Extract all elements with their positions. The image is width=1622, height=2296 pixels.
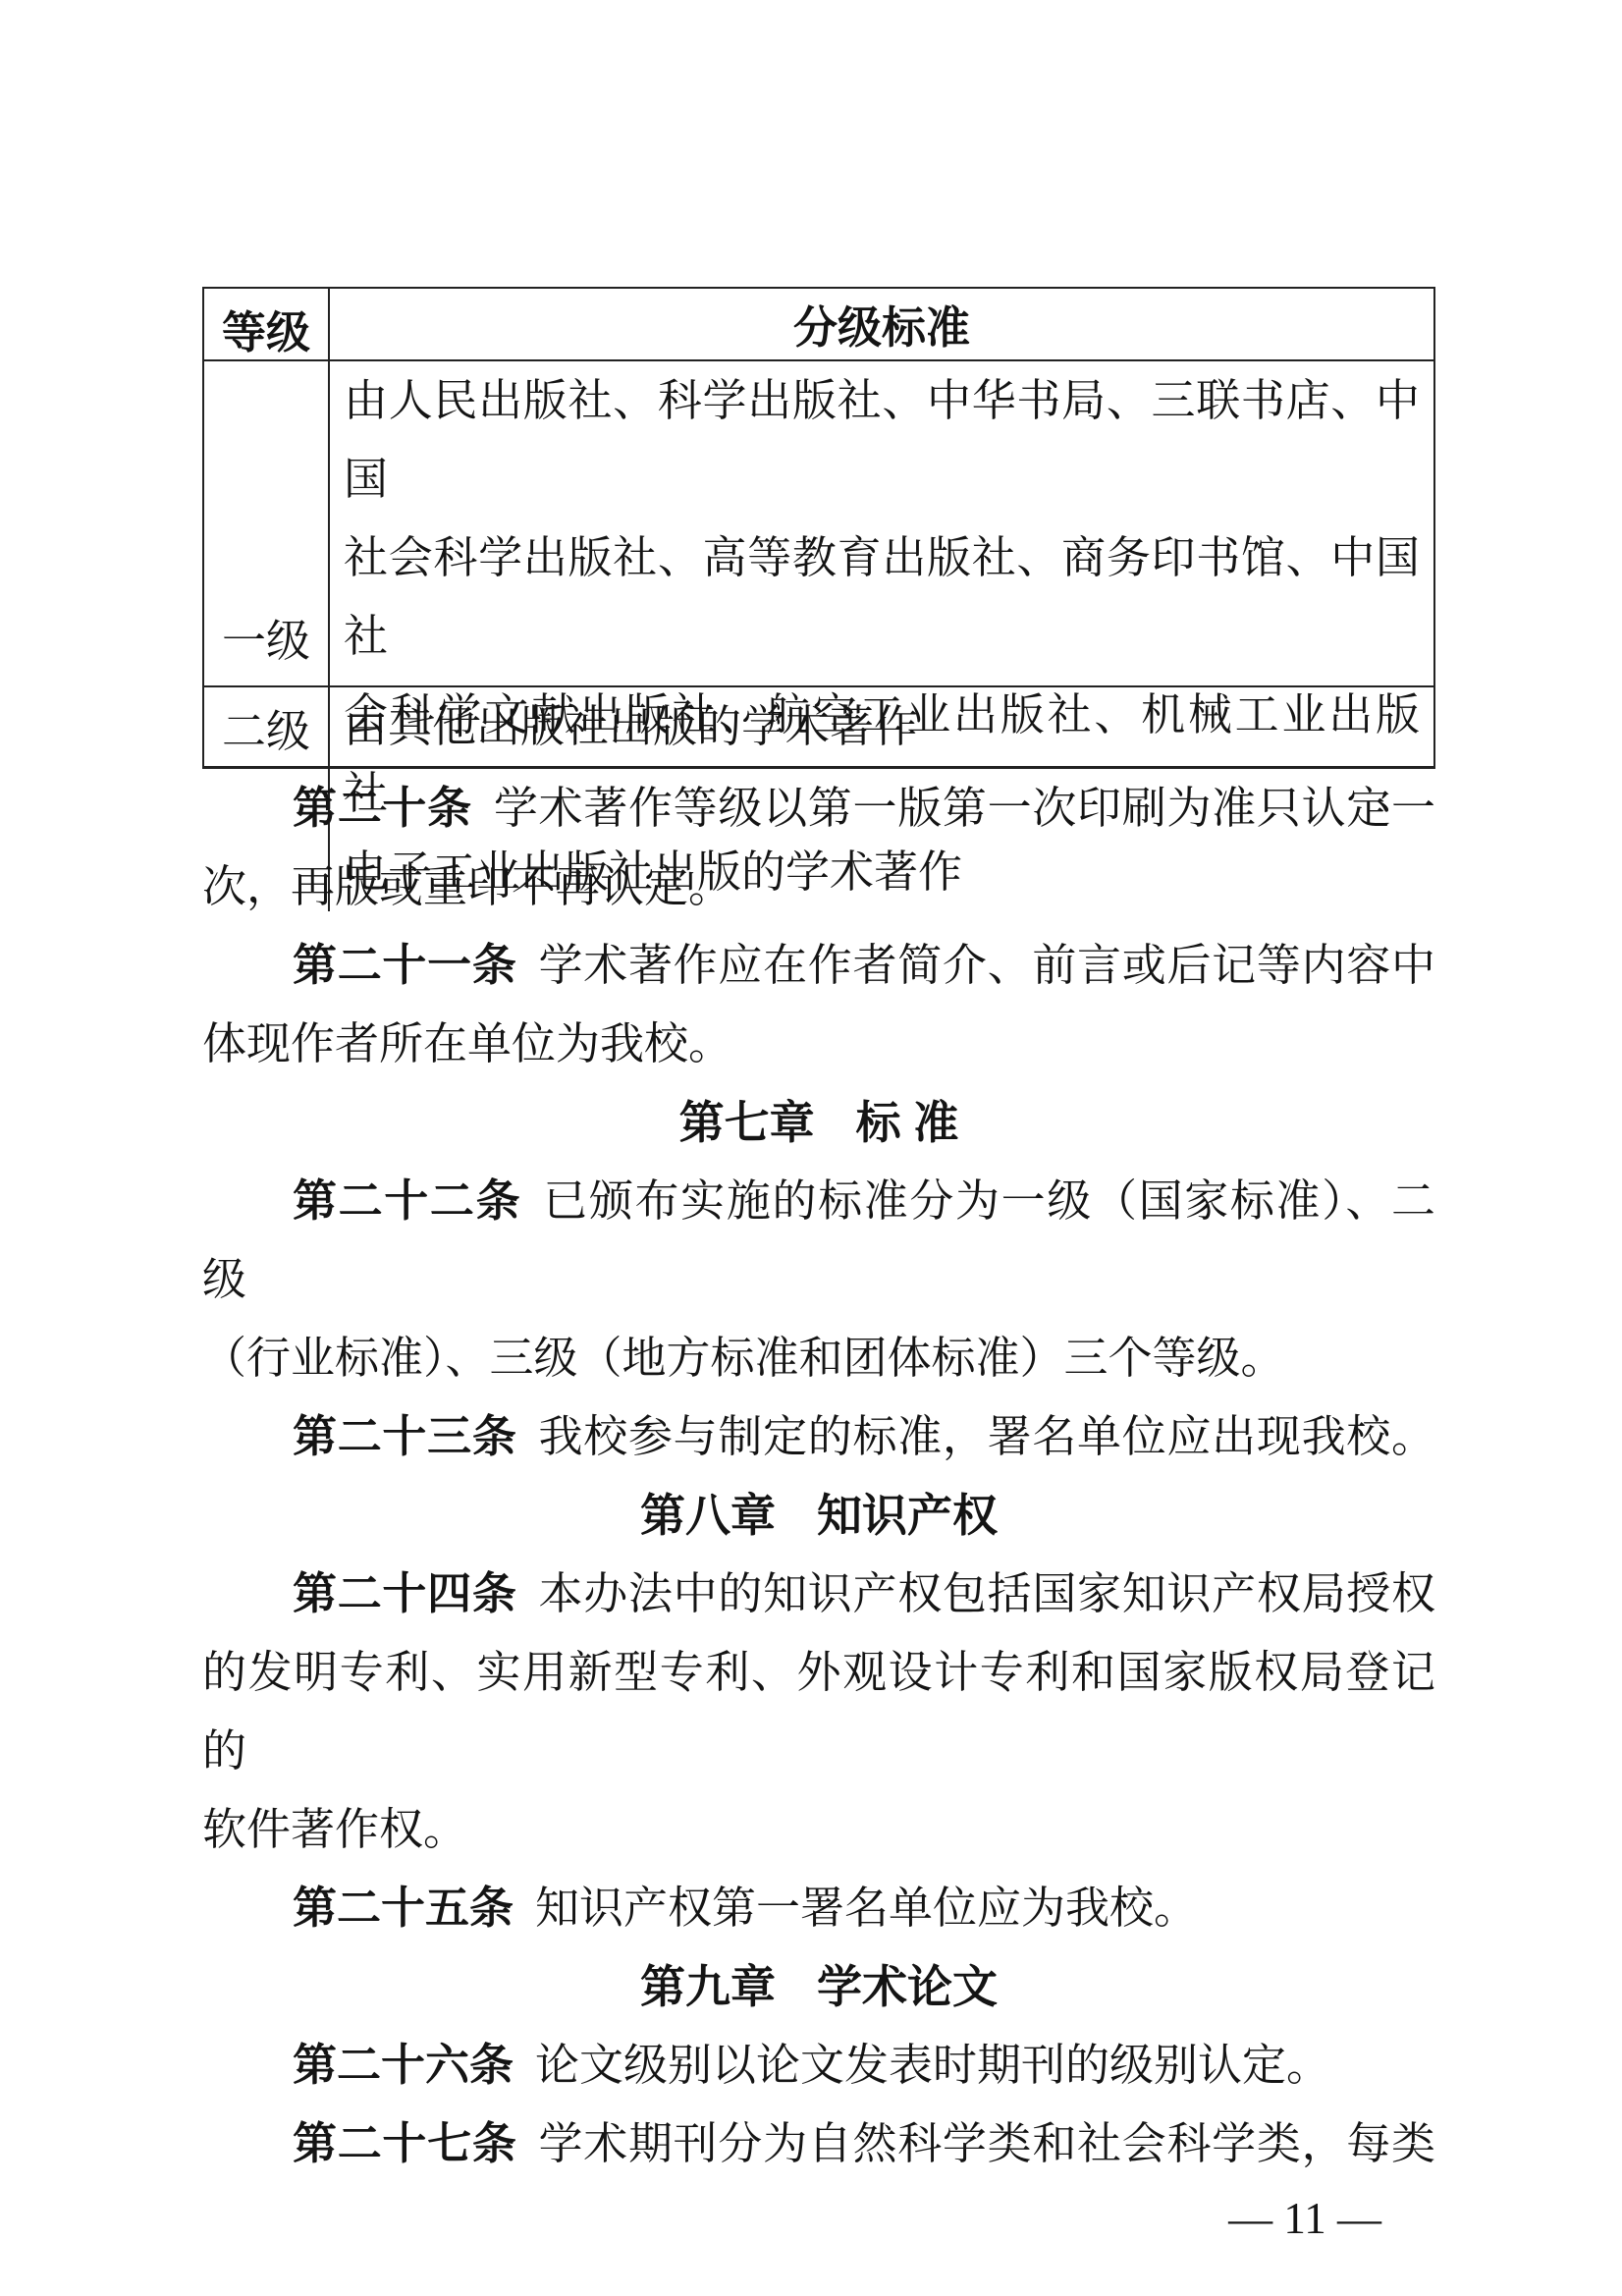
article-23-text: 我校参与制定的标准，署名单位应出现我校。: [539, 1412, 1435, 1461]
chapter-8-heading: 第八章知识产权: [202, 1476, 1435, 1555]
page-number: — 11 —: [202, 2183, 1435, 2254]
article-21-line-1: 第二十一条学术著作应在作者简介、前言或后记等内容中: [202, 926, 1435, 1005]
chapter-7-title: 标 准: [856, 1097, 959, 1148]
article-20-text: 学术著作等级以第一版第一次印刷为准只认定一: [494, 784, 1435, 833]
criteria-line: 由其他出版社出版的学术著作: [344, 687, 1420, 766]
table-row-level-1: 一级 由人民出版社、科学出版社、中华书局、三联书店、中国 社会科学出版社、高等教…: [204, 361, 1433, 687]
article-24-line-1: 第二十四条本办法中的知识产权包括国家知识产权局授权: [202, 1555, 1435, 1633]
article-25-number: 第二十五条: [293, 1884, 514, 1933]
article-23-number: 第二十三条: [293, 1412, 517, 1461]
article-20-line-1: 第二十条学术著作等级以第一版第一次印刷为准只认定一: [202, 769, 1435, 847]
document-content: 等级 分级标准 一级 由人民出版社、科学出版社、中华书局、三联书店、中国 社会科…: [202, 287, 1435, 2254]
article-26-text: 论文级别以论文发表时期刊的级别认定。: [535, 2041, 1330, 2090]
chapter-9-heading: 第九章学术论文: [202, 1947, 1435, 2026]
article-22-line-1: 第二十二条已颁布实施的标准分为一级（国家标准）、二级: [202, 1162, 1435, 1319]
article-26-line-1: 第二十六条论文级别以论文发表时期刊的级别认定。: [202, 2026, 1435, 2105]
table-header-criteria: 分级标准: [330, 289, 1433, 367]
chapter-9-number: 第九章: [640, 1961, 776, 2012]
article-24-text-cont: 的发明专利、实用新型专利、外观设计专利和国家版权局登记的: [202, 1648, 1435, 1776]
article-20-text-cont: 次，再版或重印不再认定。: [202, 862, 732, 911]
criteria-level-2-cell: 由其他出版社出版的学术著作: [330, 687, 1433, 766]
table-header-criteria-label: 分级标准: [793, 289, 970, 367]
article-23-line-1: 第二十三条我校参与制定的标准，署名单位应出现我校。: [202, 1397, 1435, 1476]
chapter-8-title: 知识产权: [817, 1490, 998, 1541]
table-row-level-2: 二级 由其他出版社出版的学术著作: [204, 687, 1433, 766]
article-21-line-2: 体现作者所在单位为我校。: [202, 1005, 1435, 1083]
article-22-line-2: （行业标准）、三级（地方标准和团体标准）三个等级。: [202, 1319, 1435, 1397]
article-24-text: 本办法中的知识产权包括国家知识产权局授权: [539, 1569, 1435, 1618]
article-21-text-cont: 体现作者所在单位为我校。: [202, 1019, 732, 1068]
chapter-7-number: 第七章: [679, 1097, 815, 1148]
article-22-number: 第二十二条: [293, 1176, 521, 1226]
article-27-number: 第二十七条: [293, 2119, 517, 2168]
article-24-number: 第二十四条: [293, 1569, 517, 1618]
article-25-text: 知识产权第一署名单位应为我校。: [535, 1884, 1198, 1933]
grade-table-header-row: 等级 分级标准: [204, 289, 1433, 361]
criteria-line: 由人民出版社、科学出版社、中华书局、三联书店、中国: [344, 361, 1420, 519]
table-header-grade: 等级: [204, 289, 330, 367]
article-22-text-cont: （行业标准）、三级（地方标准和团体标准）三个等级。: [202, 1334, 1285, 1383]
article-21-number: 第二十一条: [293, 941, 517, 990]
article-24-text-end: 软件著作权。: [202, 1805, 467, 1854]
chapter-8-number: 第八章: [640, 1490, 776, 1541]
chapter-9-title: 学术论文: [817, 1961, 998, 2012]
article-24-line-2: 的发明专利、实用新型专利、外观设计专利和国家版权局登记的: [202, 1633, 1435, 1790]
article-20-number: 第二十条: [293, 784, 472, 833]
article-27-text: 学术期刊分为自然科学类和社会科学类，每类: [539, 2119, 1435, 2168]
article-27-line-1: 第二十七条学术期刊分为自然科学类和社会科学类，每类: [202, 2105, 1435, 2183]
grade-level-2-label: 二级: [204, 687, 330, 766]
criteria-line: 社会科学出版社、高等教育出版社、商务印书馆、中国社: [344, 519, 1420, 676]
chapter-7-heading: 第七章标 准: [202, 1083, 1435, 1162]
article-26-number: 第二十六条: [293, 2041, 514, 2090]
grade-table: 等级 分级标准 一级 由人民出版社、科学出版社、中华书局、三联书店、中国 社会科…: [202, 287, 1435, 769]
article-21-text: 学术著作应在作者简介、前言或后记等内容中: [539, 941, 1435, 990]
article-24-line-3: 软件著作权。: [202, 1790, 1435, 1869]
document-page: 等级 分级标准 一级 由人民出版社、科学出版社、中华书局、三联书店、中国 社会科…: [0, 0, 1622, 2296]
article-25-line-1: 第二十五条知识产权第一署名单位应为我校。: [202, 1869, 1435, 1947]
